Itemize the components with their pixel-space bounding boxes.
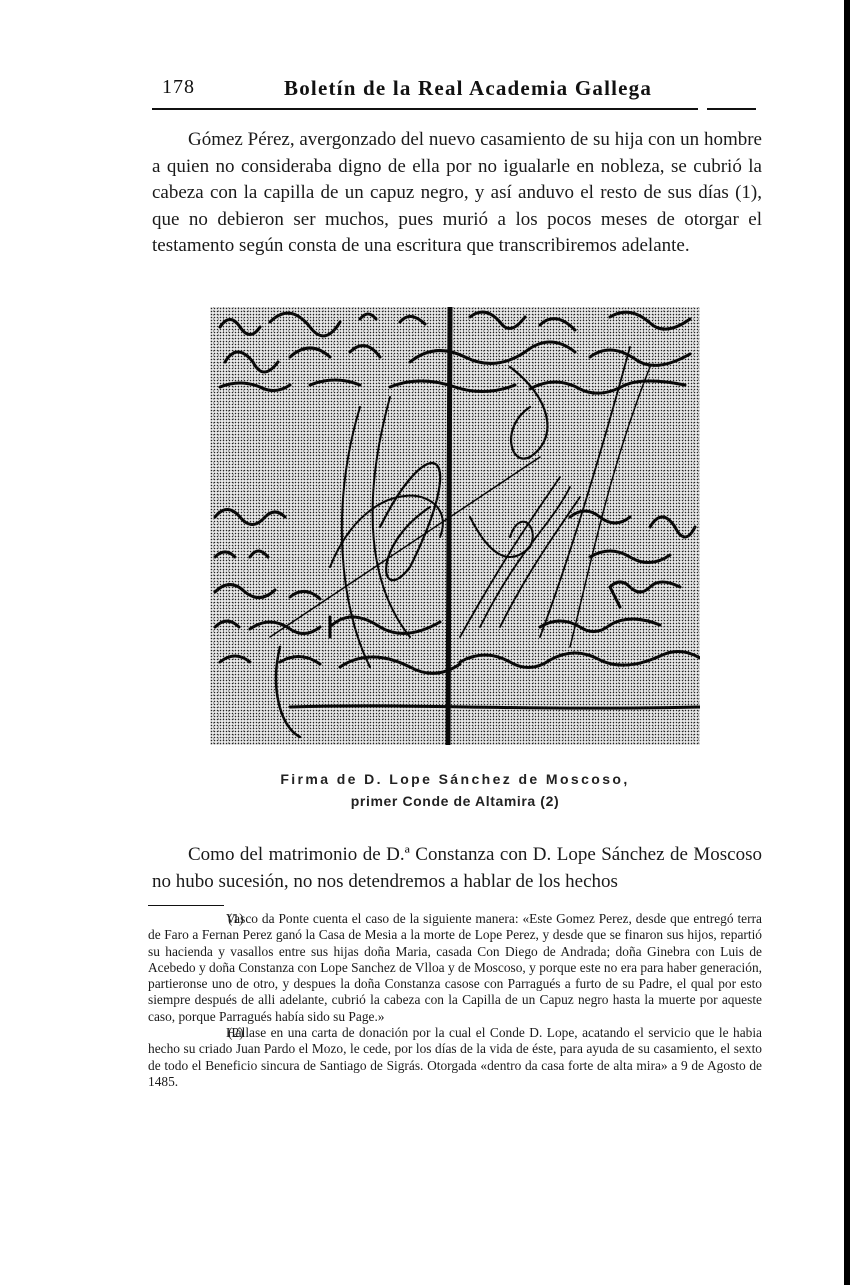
- signature-facsimile-image: [210, 307, 700, 745]
- body-paragraph-2: Como del matrimonio de D.ª Constanza con…: [152, 842, 762, 895]
- footnote-2: (2)Hállase en una carta de donación por …: [148, 1025, 762, 1090]
- caption-line-1: Firma de D. Lope Sánchez de Moscoso,: [210, 768, 700, 790]
- header-rule: [152, 108, 698, 110]
- header-rule-segment: [707, 108, 756, 110]
- footnotes: (1)Vasco da Ponte cuenta el caso de la s…: [148, 911, 762, 1090]
- page-header: 178 Boletín de la Real Academia Gallega: [152, 76, 756, 110]
- footnote-marker: (1): [188, 911, 226, 927]
- footnote-text: Vasco da Ponte cuenta el caso de la sigu…: [148, 911, 762, 1024]
- footnote-1: (1)Vasco da Ponte cuenta el caso de la s…: [148, 911, 762, 1025]
- scan-edge-bar: [844, 0, 850, 1285]
- paragraph-text: Gómez Pérez, avergonzado del nuevo casam…: [152, 127, 762, 260]
- footnote-text: Hállase en una carta de donación por la …: [148, 1025, 762, 1089]
- body-paragraph-1: Gómez Pérez, avergonzado del nuevo casam…: [152, 127, 762, 260]
- figure-caption: Firma de D. Lope Sánchez de Moscoso, pri…: [210, 768, 700, 812]
- running-title: Boletín de la Real Academia Gallega: [284, 76, 652, 101]
- caption-line-2: primer Conde de Altamira (2): [210, 790, 700, 812]
- handwriting-strokes: [210, 307, 700, 745]
- page-number: 178: [162, 76, 195, 99]
- paragraph-text: Como del matrimonio de D.ª Constanza con…: [152, 842, 762, 895]
- footnote-separator: [148, 905, 224, 906]
- footnote-marker: (2): [188, 1025, 226, 1041]
